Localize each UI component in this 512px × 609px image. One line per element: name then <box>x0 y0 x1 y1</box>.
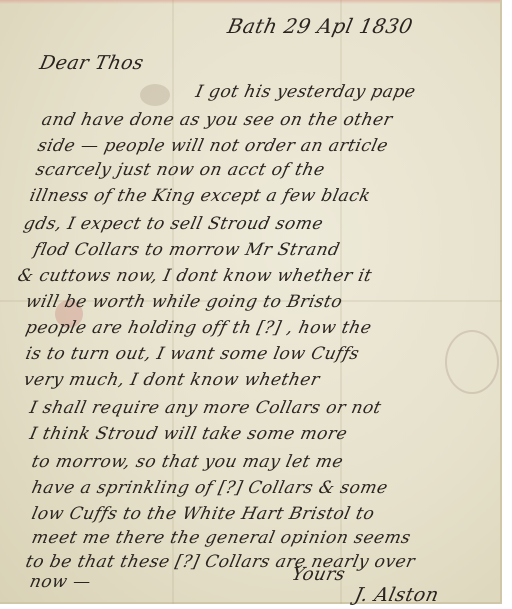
letter-line: and have done as you see on the other <box>40 110 395 130</box>
letter-line: people are holding off th [?] , how the <box>24 318 374 338</box>
letter-line: will be worth while going to Bristo <box>24 292 344 312</box>
letter-salutation: Dear Thos <box>38 52 146 74</box>
letter-line: now — <box>28 572 93 592</box>
letter-line: low Cuffs to the White Hart Bristol to <box>30 504 377 524</box>
letter-line: is to turn out, I want some low Cuffs <box>24 344 361 364</box>
letter-line: illness of the King except a few black <box>28 186 372 206</box>
ink-smudge <box>140 84 170 106</box>
letter-line: scarcely just now on acct of the <box>34 160 327 180</box>
letter-line: & cuttows now, I dont know whether it <box>16 266 374 286</box>
letter-page: Bath 29 Apl 1830 Dear Thos I got his yes… <box>0 0 502 604</box>
letter-line: meet me there the general opinion seems <box>30 528 413 548</box>
letter-line: I shall require any more Collars or not <box>28 398 383 418</box>
letter-closing: Yours <box>290 564 348 585</box>
letter-line: gds, I expect to sell Stroud some <box>22 214 325 234</box>
letter-line: side — people will not order an article <box>36 136 390 156</box>
letter-line: have a sprinkling of [?] Collars & some <box>30 478 390 498</box>
letter-date: Bath 29 Apl 1830 <box>225 14 415 38</box>
letter-signature: J. Alston <box>353 584 441 606</box>
letter-line: very much, I dont know whether <box>22 370 322 390</box>
postmark-ring <box>445 330 499 394</box>
letter-line: I think Stroud will take some more <box>28 424 349 444</box>
letter-line: flod Collars to morrow Mr Strand <box>32 240 342 260</box>
letter-line: to be that these [?] Collars are nearly … <box>24 552 417 572</box>
letter-line: I got his yesterday pape <box>194 82 418 102</box>
letter-line: to morrow, so that you may let me <box>30 452 345 472</box>
